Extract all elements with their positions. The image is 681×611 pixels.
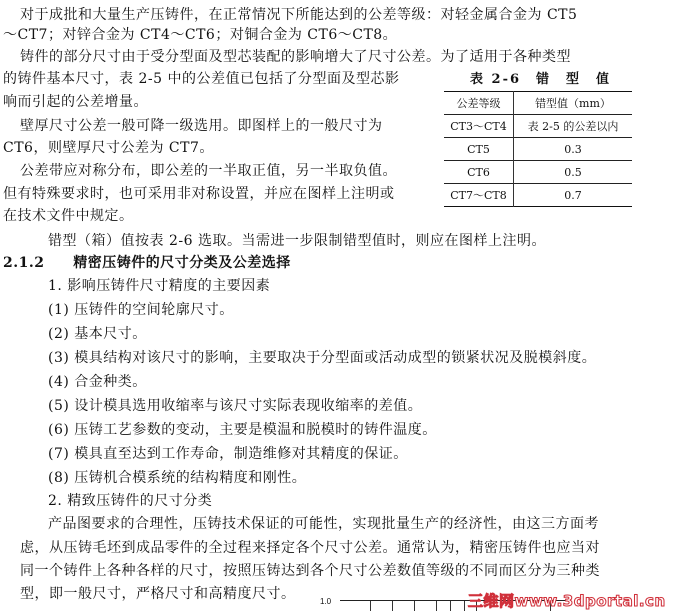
subsection-heading: 1. 影响压铸件尺寸精度的主要因素 — [48, 277, 270, 295]
cell-grade: CT3～CT4 — [444, 115, 514, 138]
cell-grade: CT7～CT8 — [444, 184, 514, 207]
header-tolerance-grade: 公差等级 — [444, 92, 514, 115]
cell-value: 0.5 — [514, 161, 633, 184]
table-row: CT5 0.3 — [444, 138, 632, 161]
paragraph-line: 铸件的部分尺寸由于受分型面及型芯装配的影响增大了尺寸公差。为了适用于各种类型 — [20, 48, 571, 66]
paragraph-line: 的铸件基本尺寸，表 2-5 中的公差值已包括了分型面及型芯影 — [3, 70, 399, 88]
cell-grade: CT5 — [444, 138, 514, 161]
factor-item: (1) 压铸件的空间轮廓尺寸。 — [48, 301, 234, 319]
section-title: 精密压铸件的尺寸分类及公差选择 — [73, 255, 291, 271]
subsection-heading: 2. 精致压铸件的尺寸分类 — [48, 492, 212, 510]
paragraph-line: 同一个铸件上各种各样的尺寸，按照压铸达到各个尺寸公差数值等级的不同而区分为三种类 — [20, 562, 600, 580]
paragraph-line: 壁厚尺寸公差一般可降一级选用。即图样上的一般尺寸为 — [20, 117, 383, 135]
paragraph-line: 响而引起的公差增量。 — [3, 93, 148, 111]
paragraph-line: 但有特殊要求时，也可采用非对称设置，并应在图样上注明或 — [3, 185, 395, 203]
cell-value: 0.7 — [514, 184, 633, 207]
paragraph-line: 产品图要求的合理性，压铸技术保证的可能性，实现批量生产的经济性，由这三方面考 — [48, 515, 599, 533]
paragraph-line: CT6，则壁厚尺寸公差为 CT7。 — [3, 139, 214, 157]
figure-axis-label: 1.0 — [320, 597, 331, 606]
paragraph-line: 错型（箱）值按表 2-6 选取。当需进一步限制错型值时，则应在图样上注明。 — [48, 232, 546, 250]
paragraph-line: 在技术文件中规定。 — [3, 207, 134, 225]
section-number: 2.1.2 — [3, 255, 44, 271]
section-heading: 2.1.2 精密压铸件的尺寸分类及公差选择 — [3, 254, 291, 272]
cell-value: 表 2-5 的公差以内 — [514, 115, 633, 138]
table-row: CT6 0.5 — [444, 161, 632, 184]
misalignment-table: 公差等级 错型值（mm） CT3～CT4 表 2-5 的公差以内 CT5 0.3… — [444, 91, 632, 207]
factor-item: (8) 压铸机合模系统的结构精度和刚性。 — [48, 469, 306, 487]
paragraph-line: 对于成批和大量生产压铸件，在正常情况下所能达到的公差等级：对轻金属合金为 CT5 — [20, 6, 577, 24]
table-row: CT3～CT4 表 2-5 的公差以内 — [444, 115, 632, 138]
header-misalignment-value: 错型值（mm） — [514, 92, 633, 115]
factor-item: (4) 合金种类。 — [48, 373, 147, 391]
cell-grade: CT6 — [444, 161, 514, 184]
watermark: 三维网www.3dportal.cn — [468, 590, 666, 611]
factor-item: (5) 设计模具选用收缩率与该尺寸实际表现收缩率的差值。 — [48, 397, 422, 415]
factor-item: (2) 基本尺寸。 — [48, 325, 147, 343]
factor-item: (7) 模具直至达到工作寿命，制造维修对其精度的保证。 — [48, 445, 408, 463]
factor-item: (3) 模具结构对该尺寸的影响，主要取决于分型面或活动成型的锁紧状况及脱模斜度。 — [48, 349, 596, 367]
factor-item: (6) 压铸工艺参数的变动，主要是模温和脱模时的铸件温度。 — [48, 421, 437, 439]
cell-value: 0.3 — [514, 138, 633, 161]
table-header-row: 公差等级 错型值（mm） — [444, 92, 632, 115]
paragraph-line: ～CT7；对锌合金为 CT4～CT6；对铜合金为 CT6～CT8。 — [3, 26, 397, 44]
table-caption: 表 2-6 错 型 值 — [470, 68, 611, 87]
paragraph-line: 公差带应对称分布，即公差的一半取正值，另一半取负值。 — [20, 162, 397, 180]
table-row: CT7～CT8 0.7 — [444, 184, 632, 207]
paragraph-line: 型，即一般尺寸，严格尺寸和高精度尺寸。 — [20, 585, 296, 603]
paragraph-line: 虑，从压铸毛坯到成品零件的全过程来择定各个尺寸公差。通常认为，精密压铸件也应当对 — [20, 539, 600, 557]
